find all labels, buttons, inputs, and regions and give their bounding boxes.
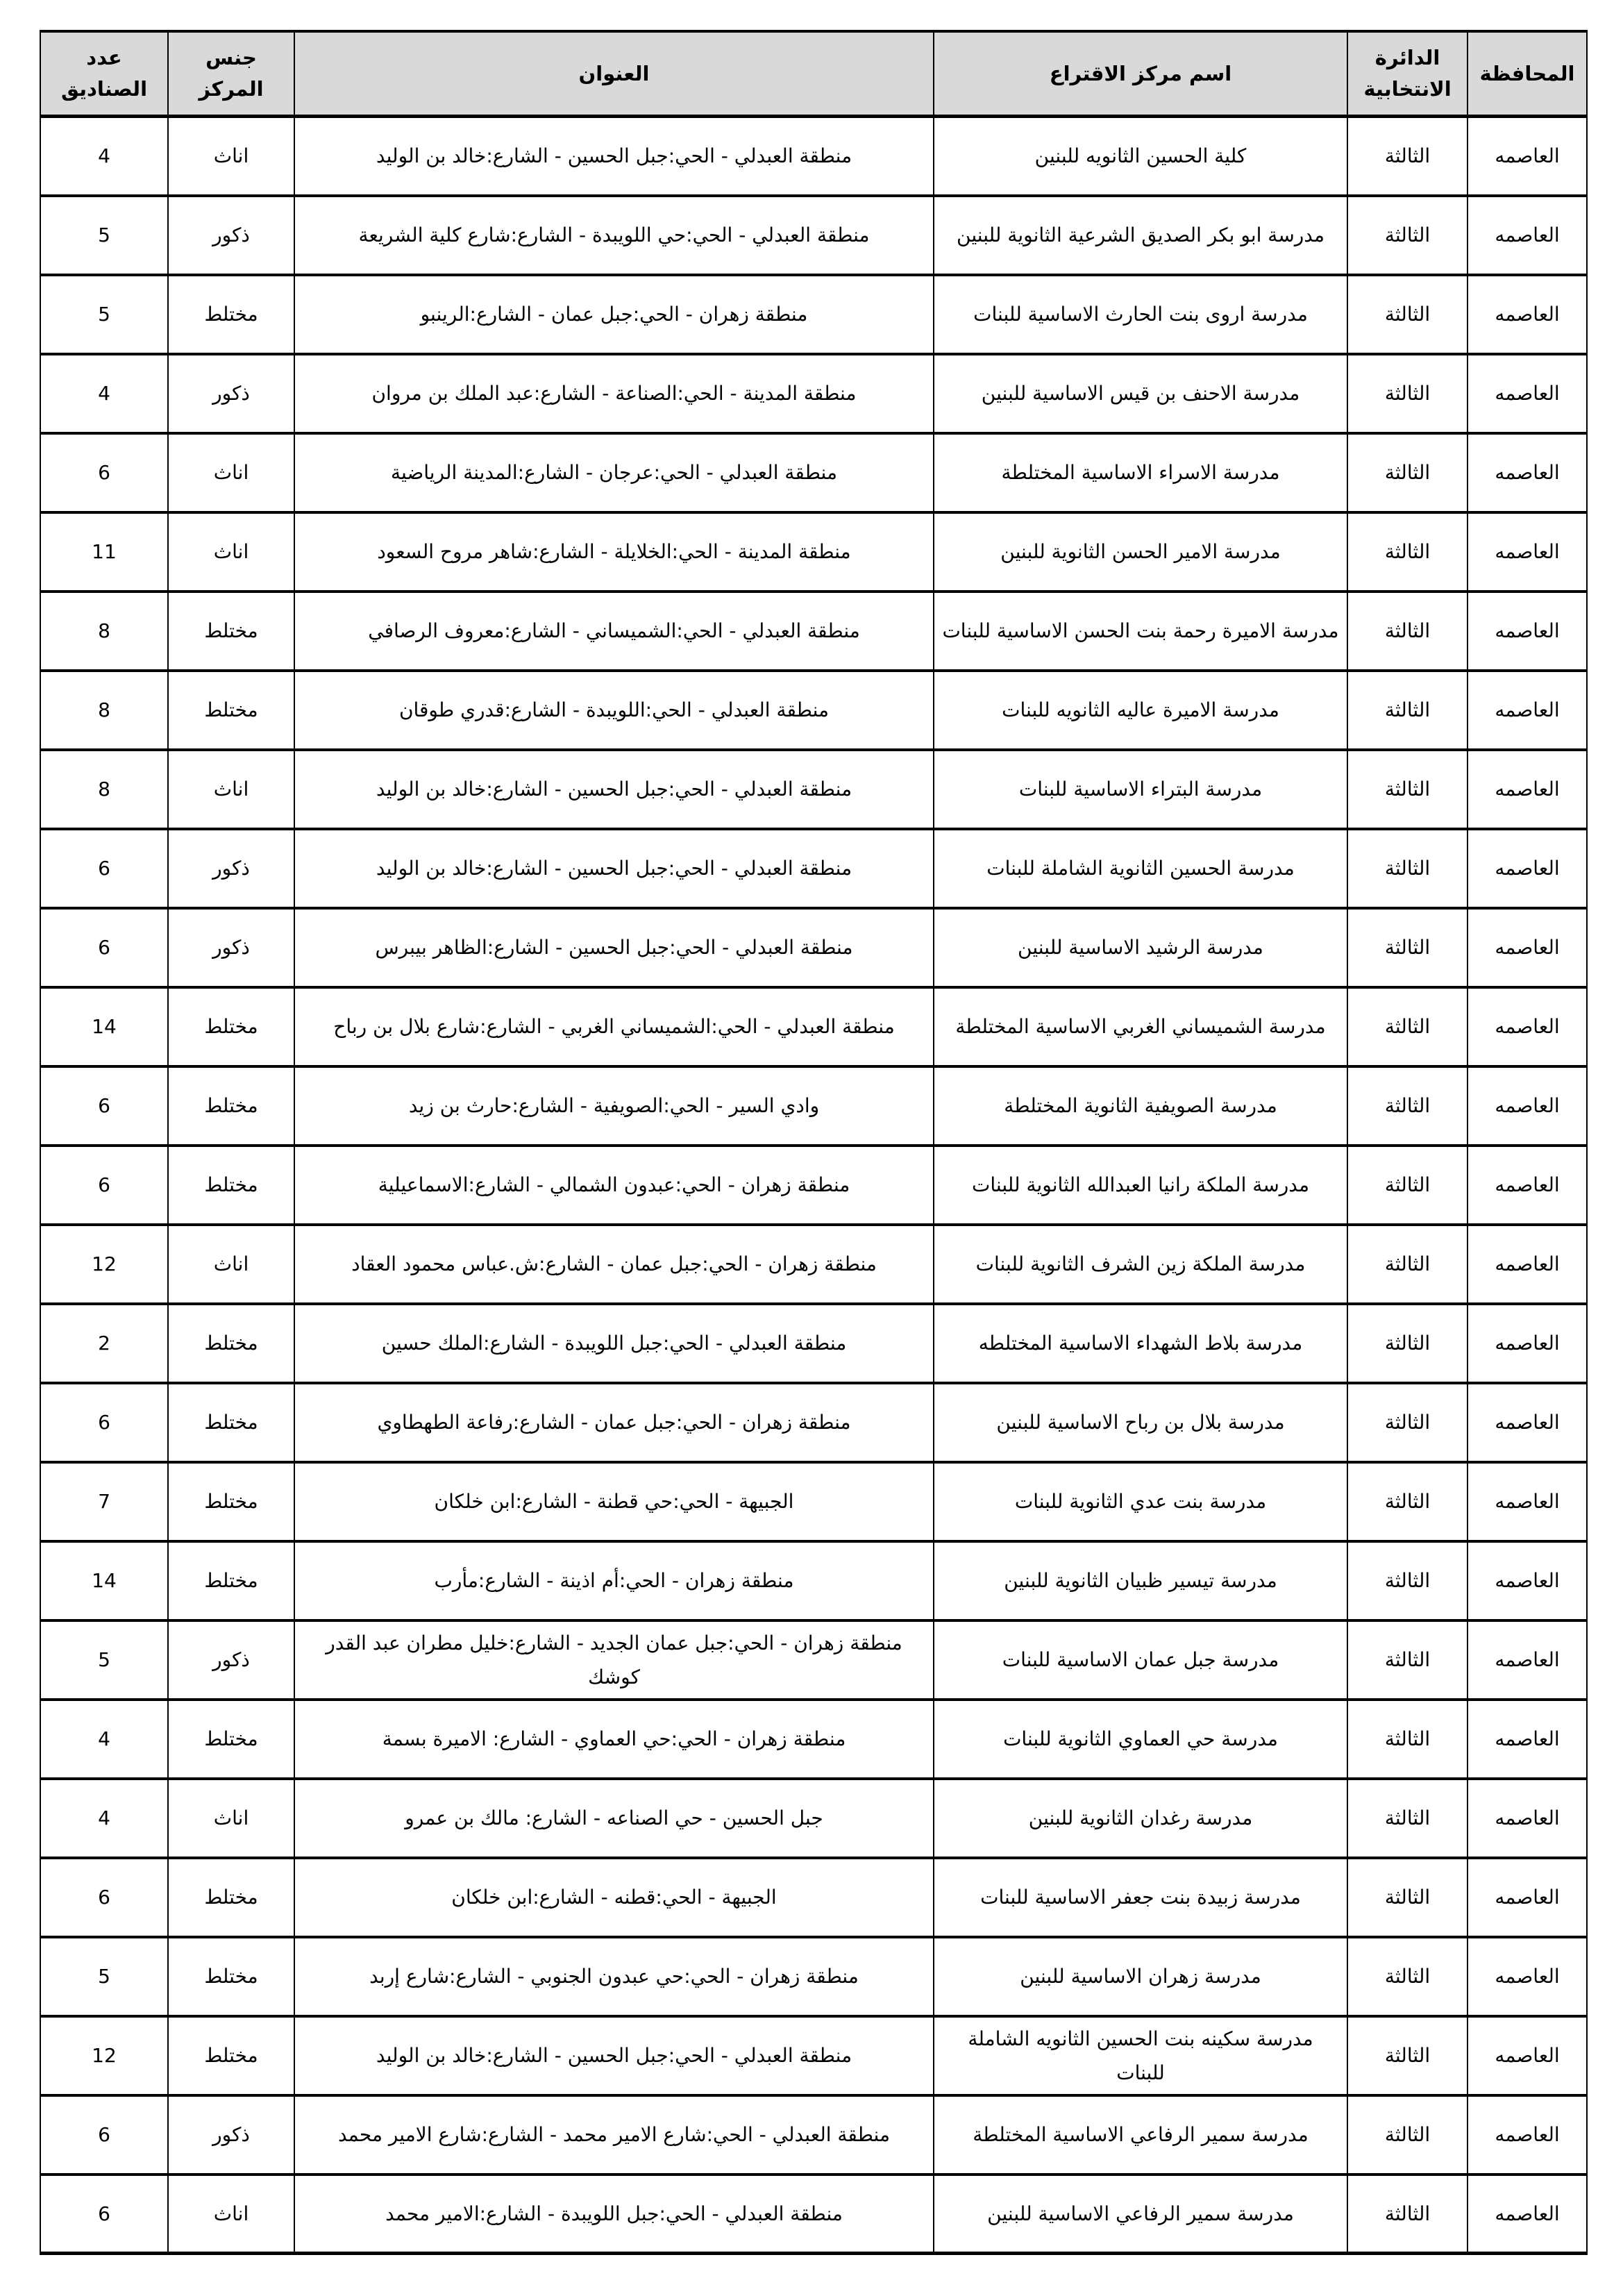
cell-district: الثالثة	[1347, 1620, 1468, 1700]
cell-center-gender: مختلط	[168, 1304, 294, 1383]
table-row: العاصمه الثالثة مدرسة الصويفية الثانوية …	[40, 1066, 1587, 1146]
header-center-name: اسم مركز الاقتراع	[934, 31, 1347, 117]
cell-ballot-boxes: 8	[40, 592, 168, 671]
table-row: العاصمه الثالثة مدرسة سمير الرفاعي الاسا…	[40, 2095, 1587, 2175]
table-row: العاصمه الثالثة مدرسة بنت عدي الثانوية ل…	[40, 1462, 1587, 1541]
cell-address: جبل الحسين - حي الصناعه - الشارع: مالك ب…	[294, 1779, 934, 1858]
cell-ballot-boxes: 6	[40, 433, 168, 512]
cell-district: الثالثة	[1347, 433, 1468, 512]
header-center-gender: جنس المركز	[168, 31, 294, 117]
cell-district: الثالثة	[1347, 1779, 1468, 1858]
table-row: العاصمه الثالثة مدرسة اروى بنت الحارث ال…	[40, 275, 1587, 354]
table-row: العاصمه الثالثة مدرسة تيسير ظبيان الثانو…	[40, 1541, 1587, 1620]
cell-center-gender: ذكور	[168, 196, 294, 275]
table-row: العاصمه الثالثة مدرسة الرشيد الاساسية لل…	[40, 908, 1587, 987]
cell-center-name: مدرسة بلاط الشهداء الاساسية المختلطه	[934, 1304, 1347, 1383]
cell-ballot-boxes: 5	[40, 1620, 168, 1700]
cell-address: منطقة العبدلي - الحي:جبل الحسين - الشارع…	[294, 908, 934, 987]
cell-ballot-boxes: 5	[40, 1937, 168, 2016]
cell-district: الثالثة	[1347, 1066, 1468, 1146]
cell-ballot-boxes: 14	[40, 987, 168, 1066]
cell-center-gender: مختلط	[168, 1937, 294, 2016]
cell-center-gender: مختلط	[168, 592, 294, 671]
table-row: العاصمه الثالثة مدرسة الامير الحسن الثان…	[40, 512, 1587, 592]
cell-governorate: العاصمه	[1468, 2175, 1587, 2254]
cell-governorate: العاصمه	[1468, 829, 1587, 908]
cell-ballot-boxes: 7	[40, 1462, 168, 1541]
cell-center-gender: ذكور	[168, 1620, 294, 1700]
cell-address: منطقة المدينة - الحي:الصناعة - الشارع:عب…	[294, 354, 934, 433]
cell-district: الثالثة	[1347, 2095, 1468, 2175]
cell-address: الجبيهة - الحي:حي قطنة - الشارع:ابن خلكا…	[294, 1462, 934, 1541]
table-row: العاصمه الثالثة مدرسة ابو بكر الصديق الش…	[40, 196, 1587, 275]
document-page: المحافظة الدائرة الانتخابية اسم مركز الا…	[0, 0, 1623, 2296]
cell-governorate: العاصمه	[1468, 275, 1587, 354]
cell-center-name: مدرسة حي العماوي الثانوية للبنات	[934, 1700, 1347, 1779]
header-row: المحافظة الدائرة الانتخابية اسم مركز الا…	[40, 31, 1587, 117]
cell-governorate: العاصمه	[1468, 750, 1587, 829]
table-row: العاصمه الثالثة مدرسة الاميرة رحمة بنت ا…	[40, 592, 1587, 671]
cell-center-name: مدرسة سمير الرفاعي الاساسية المختلطة	[934, 2095, 1347, 2175]
cell-address: منطقة زهران - الحي:أم اذينة - الشارع:مأر…	[294, 1541, 934, 1620]
cell-center-gender: مختلط	[168, 1858, 294, 1937]
cell-center-gender: ذكور	[168, 829, 294, 908]
cell-center-name: مدرسة الاميرة عاليه الثانويه للبنات	[934, 671, 1347, 750]
cell-address: منطقة العبدلي - الحي:جبل الحسين - الشارع…	[294, 117, 934, 196]
table-row: العاصمه الثالثة مدرسة رغدان الثانوية للب…	[40, 1779, 1587, 1858]
cell-address: منطقة العبدلي - الحي:حي اللويبدة - الشار…	[294, 196, 934, 275]
table-row: العاصمه الثالثة مدرسة حي العماوي الثانوي…	[40, 1700, 1587, 1779]
cell-district: الثالثة	[1347, 354, 1468, 433]
cell-ballot-boxes: 2	[40, 1304, 168, 1383]
cell-ballot-boxes: 6	[40, 2095, 168, 2175]
cell-governorate: العاصمه	[1468, 1779, 1587, 1858]
cell-center-name: مدرسة الصويفية الثانوية المختلطة	[934, 1066, 1347, 1146]
cell-district: الثالثة	[1347, 987, 1468, 1066]
cell-center-name: مدرسة الملكة زين الشرف الثانوية للبنات	[934, 1225, 1347, 1304]
cell-center-name: مدرسة جبل عمان الاساسية للبنات	[934, 1620, 1347, 1700]
cell-governorate: العاصمه	[1468, 433, 1587, 512]
cell-address: منطقة زهران - الحي:جبل عمان - الشارع:ش.ع…	[294, 1225, 934, 1304]
cell-ballot-boxes: 12	[40, 2016, 168, 2095]
cell-district: الثالثة	[1347, 1541, 1468, 1620]
cell-ballot-boxes: 4	[40, 1700, 168, 1779]
cell-ballot-boxes: 6	[40, 1858, 168, 1937]
table-header: المحافظة الدائرة الانتخابية اسم مركز الا…	[40, 31, 1587, 117]
table-row: العاصمه الثالثة مدرسة جبل عمان الاساسية …	[40, 1620, 1587, 1700]
cell-district: الثالثة	[1347, 1146, 1468, 1225]
polling-centers-table: المحافظة الدائرة الانتخابية اسم مركز الا…	[40, 30, 1588, 2255]
table-row: العاصمه الثالثة مدرسة الاسراء الاساسية ا…	[40, 433, 1587, 512]
table-row: العاصمه الثالثة مدرسة الاحنف بن قيس الاس…	[40, 354, 1587, 433]
cell-governorate: العاصمه	[1468, 512, 1587, 592]
cell-center-gender: اناث	[168, 117, 294, 196]
cell-district: الثالثة	[1347, 196, 1468, 275]
cell-address: منطقة زهران - الحي:حي العماوي - الشارع: …	[294, 1700, 934, 1779]
cell-governorate: العاصمه	[1468, 1858, 1587, 1937]
cell-district: الثالثة	[1347, 1858, 1468, 1937]
cell-address: منطقة زهران - الحي:جبل عمان - الشارع:رفا…	[294, 1383, 934, 1462]
cell-district: الثالثة	[1347, 750, 1468, 829]
cell-ballot-boxes: 4	[40, 117, 168, 196]
cell-district: الثالثة	[1347, 117, 1468, 196]
cell-center-name: مدرسة اروى بنت الحارث الاساسية للبنات	[934, 275, 1347, 354]
cell-ballot-boxes: 12	[40, 1225, 168, 1304]
cell-governorate: العاصمه	[1468, 1383, 1587, 1462]
table-row: العاصمه الثالثة مدرسة الشميساني الغربي ا…	[40, 987, 1587, 1066]
table-row: العاصمه الثالثة مدرسة الملكة زين الشرف ا…	[40, 1225, 1587, 1304]
table-row: العاصمه الثالثة مدرسة الملكة رانيا العبد…	[40, 1146, 1587, 1225]
cell-center-name: مدرسة تيسير ظبيان الثانوية للبنين	[934, 1541, 1347, 1620]
cell-address: منطقة العبدلي - الحي:جبل اللويبدة - الشا…	[294, 1304, 934, 1383]
cell-governorate: العاصمه	[1468, 2016, 1587, 2095]
cell-ballot-boxes: 6	[40, 1146, 168, 1225]
cell-district: الثالثة	[1347, 908, 1468, 987]
cell-center-name: مدرسة الاميرة رحمة بنت الحسن الاساسية لل…	[934, 592, 1347, 671]
cell-ballot-boxes: 6	[40, 1383, 168, 1462]
table-row: العاصمه الثالثة كلية الحسين الثانويه للب…	[40, 117, 1587, 196]
cell-district: الثالثة	[1347, 1937, 1468, 2016]
cell-ballot-boxes: 6	[40, 829, 168, 908]
header-governorate: المحافظة	[1468, 31, 1587, 117]
cell-center-name: مدرسة الشميساني الغربي الاساسية المختلطة	[934, 987, 1347, 1066]
cell-center-gender: اناث	[168, 433, 294, 512]
cell-address: منطقة زهران - الحي:عبدون الشمالي - الشار…	[294, 1146, 934, 1225]
cell-center-gender: مختلط	[168, 1066, 294, 1146]
cell-ballot-boxes: 6	[40, 1066, 168, 1146]
cell-ballot-boxes: 11	[40, 512, 168, 592]
cell-address: منطقة العبدلي - الحي:جبل الحسين - الشارع…	[294, 2016, 934, 2095]
cell-district: الثالثة	[1347, 1225, 1468, 1304]
cell-address: منطقة العبدلي - الحي:جبل اللويبدة - الشا…	[294, 2175, 934, 2254]
cell-governorate: العاصمه	[1468, 1541, 1587, 1620]
cell-governorate: العاصمه	[1468, 1620, 1587, 1700]
cell-district: الثالثة	[1347, 829, 1468, 908]
table-row: العاصمه الثالثة مدرسة زهران الاساسية للب…	[40, 1937, 1587, 2016]
cell-ballot-boxes: 4	[40, 354, 168, 433]
cell-center-gender: مختلط	[168, 1383, 294, 1462]
cell-address: منطقة العبدلي - الحي:عرجان - الشارع:المد…	[294, 433, 934, 512]
cell-governorate: العاصمه	[1468, 1146, 1587, 1225]
cell-address: منطقة العبدلي - الحي:جبل الحسين - الشارع…	[294, 750, 934, 829]
cell-governorate: العاصمه	[1468, 117, 1587, 196]
table-row: العاصمه الثالثة مدرسة زبيدة بنت جعفر الا…	[40, 1858, 1587, 1937]
cell-address: منطقة المدينة - الحي:الخلايلة - الشارع:ش…	[294, 512, 934, 592]
cell-center-gender: اناث	[168, 1225, 294, 1304]
cell-district: الثالثة	[1347, 1462, 1468, 1541]
cell-district: الثالثة	[1347, 512, 1468, 592]
cell-center-gender: اناث	[168, 2175, 294, 2254]
cell-center-name: مدرسة بنت عدي الثانوية للبنات	[934, 1462, 1347, 1541]
cell-governorate: العاصمه	[1468, 908, 1587, 987]
cell-address: منطقة العبدلي - الحي:الشميساني - الشارع:…	[294, 592, 934, 671]
cell-center-gender: مختلط	[168, 671, 294, 750]
cell-district: الثالثة	[1347, 2175, 1468, 2254]
cell-center-name: كلية الحسين الثانويه للبنين	[934, 117, 1347, 196]
cell-center-name: مدرسة الاحنف بن قيس الاساسية للبنين	[934, 354, 1347, 433]
cell-center-name: مدرسة رغدان الثانوية للبنين	[934, 1779, 1347, 1858]
cell-center-name: مدرسة الحسين الثانوية الشاملة للبنات	[934, 829, 1347, 908]
cell-ballot-boxes: 5	[40, 196, 168, 275]
cell-center-gender: ذكور	[168, 354, 294, 433]
cell-address: منطقة زهران - الحي:جبل عمان الجديد - الش…	[294, 1620, 934, 1700]
cell-center-name: مدرسة زهران الاساسية للبنين	[934, 1937, 1347, 2016]
cell-address: الجبيهة - الحي:قطنه - الشارع:ابن خلكان	[294, 1858, 934, 1937]
header-ballot-boxes: عدد الصناديق	[40, 31, 168, 117]
cell-center-gender: ذكور	[168, 908, 294, 987]
table-row: العاصمه الثالثة مدرسة بلال بن رباح الاسا…	[40, 1383, 1587, 1462]
cell-district: الثالثة	[1347, 1383, 1468, 1462]
cell-center-name: مدرسة الاسراء الاساسية المختلطة	[934, 433, 1347, 512]
cell-governorate: العاصمه	[1468, 1700, 1587, 1779]
cell-center-gender: مختلط	[168, 275, 294, 354]
table-row: العاصمه الثالثة مدرسة بلاط الشهداء الاسا…	[40, 1304, 1587, 1383]
cell-center-gender: مختلط	[168, 1462, 294, 1541]
cell-center-name: مدرسة ابو بكر الصديق الشرعية الثانوية لل…	[934, 196, 1347, 275]
cell-governorate: العاصمه	[1468, 1462, 1587, 1541]
cell-address: منطقة العبدلي - الحي:شارع الامير محمد - …	[294, 2095, 934, 2175]
cell-district: الثالثة	[1347, 592, 1468, 671]
cell-center-gender: مختلط	[168, 1541, 294, 1620]
cell-governorate: العاصمه	[1468, 1304, 1587, 1383]
cell-address: منطقة العبدلي - الحي:الشميساني الغربي - …	[294, 987, 934, 1066]
cell-governorate: العاصمه	[1468, 592, 1587, 671]
cell-governorate: العاصمه	[1468, 354, 1587, 433]
table-row: العاصمه الثالثة مدرسة سمير الرفاعي الاسا…	[40, 2175, 1587, 2254]
cell-address: منطقة العبدلي - الحي:جبل الحسين - الشارع…	[294, 829, 934, 908]
cell-center-name: مدرسة زبيدة بنت جعفر الاساسية للبنات	[934, 1858, 1347, 1937]
cell-governorate: العاصمه	[1468, 1225, 1587, 1304]
cell-address: وادي السير - الحي:الصويفية - الشارع:حارث…	[294, 1066, 934, 1146]
table-body: العاصمه الثالثة كلية الحسين الثانويه للب…	[40, 117, 1587, 2254]
cell-ballot-boxes: 8	[40, 750, 168, 829]
cell-district: الثالثة	[1347, 671, 1468, 750]
cell-district: الثالثة	[1347, 275, 1468, 354]
cell-center-gender: مختلط	[168, 1700, 294, 1779]
table-row: العاصمه الثالثة مدرسة سكينه بنت الحسين ا…	[40, 2016, 1587, 2095]
cell-governorate: العاصمه	[1468, 987, 1587, 1066]
cell-governorate: العاصمه	[1468, 671, 1587, 750]
header-district: الدائرة الانتخابية	[1347, 31, 1468, 117]
cell-district: الثالثة	[1347, 1700, 1468, 1779]
cell-center-name: مدرسة سكينه بنت الحسين الثانويه الشاملة …	[934, 2016, 1347, 2095]
cell-governorate: العاصمه	[1468, 2095, 1587, 2175]
cell-ballot-boxes: 6	[40, 2175, 168, 2254]
cell-center-gender: مختلط	[168, 1146, 294, 1225]
cell-center-gender: ذكور	[168, 2095, 294, 2175]
cell-center-name: مدرسة الملكة رانيا العبدالله الثانوية لل…	[934, 1146, 1347, 1225]
cell-center-gender: مختلط	[168, 2016, 294, 2095]
cell-address: منطقة العبدلي - الحي:اللويبدة - الشارع:ق…	[294, 671, 934, 750]
cell-ballot-boxes: 6	[40, 908, 168, 987]
cell-ballot-boxes: 14	[40, 1541, 168, 1620]
table-row: العاصمه الثالثة مدرسة الاميرة عاليه الثا…	[40, 671, 1587, 750]
cell-ballot-boxes: 4	[40, 1779, 168, 1858]
cell-center-gender: مختلط	[168, 987, 294, 1066]
cell-district: الثالثة	[1347, 1304, 1468, 1383]
cell-center-name: مدرسة الامير الحسن الثانوية للبنين	[934, 512, 1347, 592]
cell-address: منطقة زهران - الحي:جبل عمان - الشارع:الر…	[294, 275, 934, 354]
cell-district: الثالثة	[1347, 2016, 1468, 2095]
cell-center-name: مدرسة الرشيد الاساسية للبنين	[934, 908, 1347, 987]
cell-center-gender: اناث	[168, 1779, 294, 1858]
cell-governorate: العاصمه	[1468, 196, 1587, 275]
cell-center-name: مدرسة سمير الرفاعي الاساسية للبنين	[934, 2175, 1347, 2254]
table-row: العاصمه الثالثة مدرسة البتراء الاساسية ل…	[40, 750, 1587, 829]
cell-ballot-boxes: 8	[40, 671, 168, 750]
cell-address: منطقة زهران - الحي:حي عبدون الجنوبي - ال…	[294, 1937, 934, 2016]
cell-center-gender: اناث	[168, 512, 294, 592]
header-address: العنوان	[294, 31, 934, 117]
cell-center-name: مدرسة بلال بن رباح الاساسية للبنين	[934, 1383, 1347, 1462]
cell-governorate: العاصمه	[1468, 1066, 1587, 1146]
cell-center-gender: اناث	[168, 750, 294, 829]
table-row: العاصمه الثالثة مدرسة الحسين الثانوية ال…	[40, 829, 1587, 908]
cell-center-name: مدرسة البتراء الاساسية للبنات	[934, 750, 1347, 829]
cell-governorate: العاصمه	[1468, 1937, 1587, 2016]
cell-ballot-boxes: 5	[40, 275, 168, 354]
